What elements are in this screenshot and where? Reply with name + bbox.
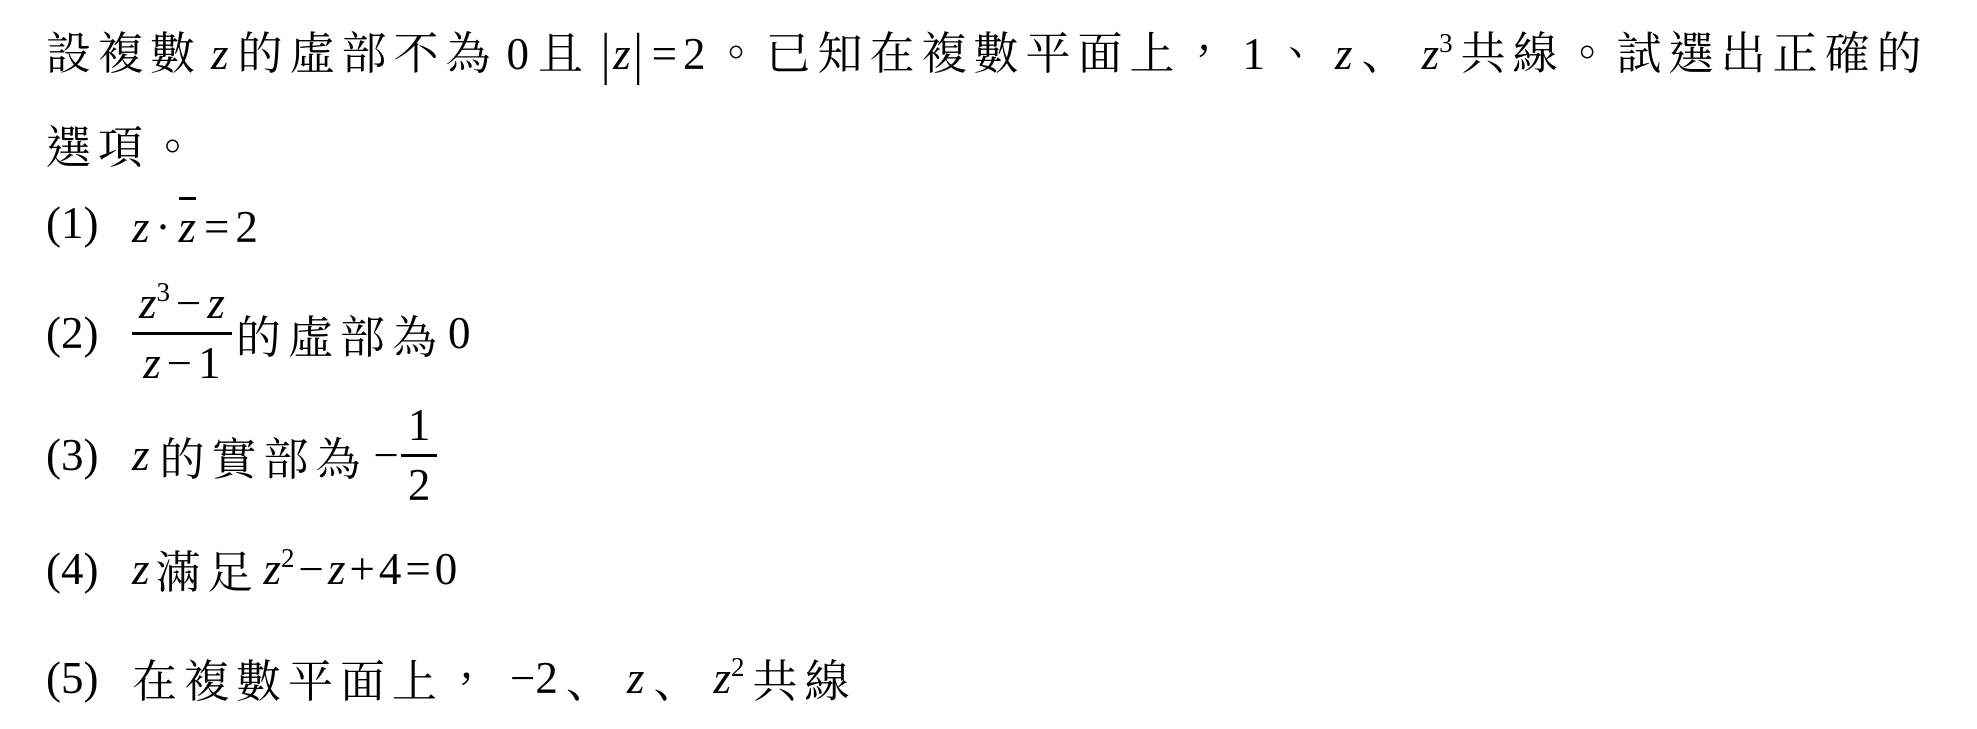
superscript-3: 3 (1439, 28, 1453, 58)
enumeration-comma: 、 (1274, 29, 1326, 79)
fraction-numerator: 1 (401, 400, 438, 456)
fraction-denominator: z−1 (132, 335, 232, 388)
fraction-denominator: 2 (401, 457, 438, 510)
enumeration-comma: 、 (1362, 29, 1414, 79)
minus-sign: − (176, 278, 201, 328)
option-label: (4) (46, 543, 132, 595)
fraction: 12 (401, 400, 438, 510)
var-z: z (1422, 29, 1440, 79)
conjugate-overline (179, 197, 197, 200)
abs-bar-left: | (601, 0, 610, 110)
number-one: 1 (1243, 29, 1266, 79)
option-label: (3) (46, 429, 132, 481)
var-z: z (207, 278, 225, 328)
statement-segment: 且 (538, 29, 590, 79)
z-squared: z2 (713, 652, 744, 704)
enumeration-comma: 、 (566, 645, 618, 710)
option-label: (1) (46, 197, 132, 249)
math-problem-page: 設複數z的虛部不為0且|z|=2。已知在複數平面上，1、z、z3共線。試選出正確… (0, 0, 1977, 704)
problem-statement: 設複數z的虛部不為0且|z|=2。已知在複數平面上，1、z、z3共線。試選出正確… (46, 10, 1941, 192)
plus-sign: + (349, 544, 374, 594)
minus-sign: − (299, 544, 324, 594)
number-neg-two: −2 (510, 652, 558, 704)
var-z: z (613, 29, 631, 79)
superscript-2: 2 (731, 652, 745, 682)
var-z: z (328, 544, 346, 594)
var-z: z (211, 29, 229, 79)
abs-z-equals-2: |z|=2 (598, 29, 705, 79)
abs-bar-right: | (634, 0, 643, 110)
option-row-3: (3)z的實部為−12 (46, 399, 1937, 511)
var-z: z (139, 278, 157, 328)
statement-segment: 的虛部不為 (238, 29, 498, 79)
option-row-1: (1)z·z=2 (46, 196, 1937, 249)
number-two: 2 (235, 202, 258, 252)
option-text: 滿足 (156, 536, 260, 601)
var-z: z (713, 653, 731, 703)
option-text: 共線 (752, 645, 856, 710)
superscript-2: 2 (281, 543, 295, 573)
option-label: (5) (46, 652, 132, 704)
equation-z2-minus-z-plus-4: z2−z+4=0 (264, 543, 458, 595)
equals-sign: = (204, 202, 229, 252)
var-z: z (264, 544, 282, 594)
number-zero: 0 (448, 307, 471, 359)
option-text: 的實部為 (160, 423, 368, 488)
option-row-4: (4)z滿足z2−z+4=0 (46, 542, 1937, 595)
var-z: z (143, 338, 161, 388)
z-conjugate: z (179, 193, 197, 253)
option-row-2: (2)z3−zz−1的虛部為0 (46, 277, 1937, 389)
minus-sign: − (374, 429, 399, 481)
statement-segment: 設複數 (46, 29, 202, 79)
equals-sign: = (652, 29, 677, 79)
enumeration-comma: 、 (653, 645, 705, 710)
var-z: z (132, 202, 150, 252)
number-zero: 0 (435, 544, 458, 594)
equals-sign: = (405, 544, 430, 594)
number-two: 2 (683, 29, 706, 79)
statement-segment: 。已知在複數平面上， (714, 29, 1234, 79)
var-z: z (179, 202, 197, 252)
number-four: 4 (379, 544, 402, 594)
var-z: z (627, 652, 645, 704)
superscript-3: 3 (157, 277, 171, 307)
number-one: 1 (198, 338, 221, 388)
minus-sign: − (167, 338, 192, 388)
option-1-expression: z·z=2 (132, 193, 258, 253)
option-row-5: (5)在複數平面上，−2、z、z2共線 (46, 651, 1937, 704)
number-zero: 0 (507, 29, 530, 79)
fraction-numerator: z3−z (132, 278, 232, 334)
var-z: z (132, 429, 150, 481)
multiply-dot: · (156, 202, 171, 252)
var-z: z (1335, 29, 1353, 79)
z-cubed: z3 (1422, 29, 1453, 79)
fraction: z3−zz−1 (132, 278, 232, 388)
option-text: 的虛部為 (236, 301, 444, 366)
var-z: z (132, 543, 150, 595)
option-label: (2) (46, 307, 132, 359)
option-text: 在複數平面上， (132, 645, 496, 710)
